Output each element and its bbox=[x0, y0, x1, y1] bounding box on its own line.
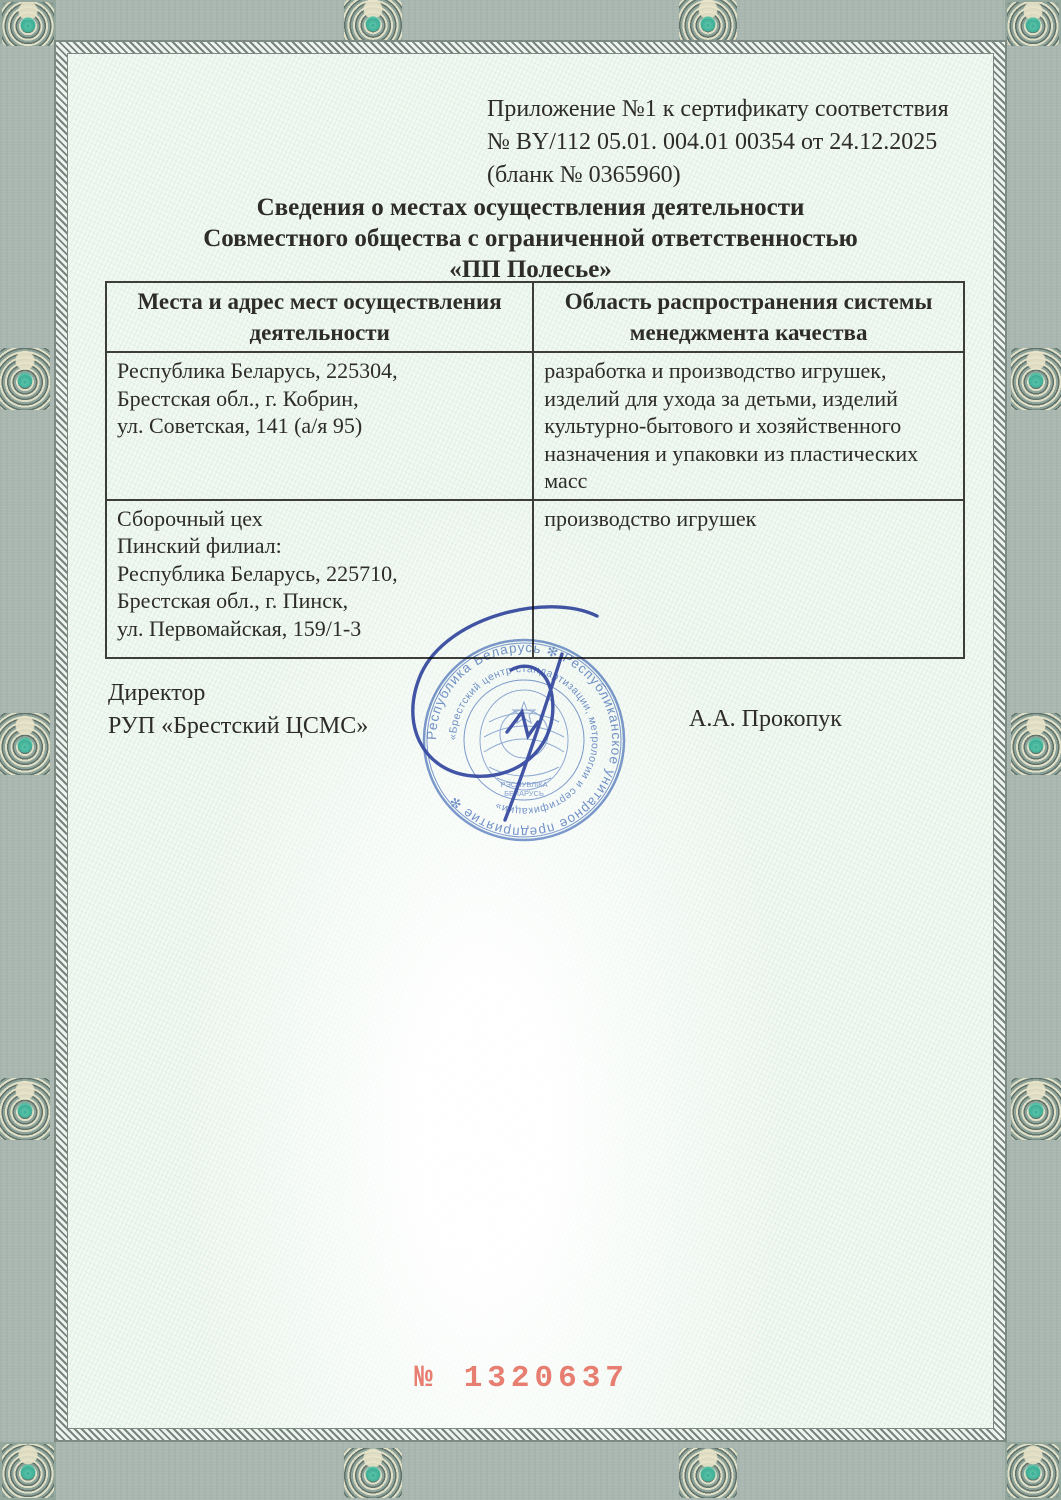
guilloche-rosette-icon bbox=[679, 1448, 737, 1498]
document-sheet: Приложение №1 к сертификату соответствия… bbox=[56, 42, 1005, 1440]
guilloche-rosette-icon bbox=[2, 1444, 54, 1498]
guilloche-rosette-icon bbox=[1011, 713, 1061, 775]
serial-prefix: № bbox=[414, 1361, 438, 1396]
document-title: Сведения о местах осуществления деятельн… bbox=[67, 192, 994, 285]
form-serial-number: №1320637 bbox=[67, 1361, 994, 1396]
serial-digits: 1320637 bbox=[464, 1361, 629, 1396]
signatory-name: А.А. Прокопук bbox=[689, 706, 842, 733]
guilloche-rosette-icon bbox=[1011, 348, 1061, 410]
signatory-role-line: Директор bbox=[108, 677, 368, 710]
guilloche-rosette-icon bbox=[1011, 1078, 1061, 1140]
guilloche-rosette-icon bbox=[0, 348, 50, 410]
guilloche-rosette-icon bbox=[1007, 1444, 1059, 1498]
guilloche-rosette-icon bbox=[0, 1078, 50, 1140]
guilloche-rosette-icon bbox=[344, 1448, 402, 1498]
document-header: Приложение №1 к сертификату соответствия… bbox=[487, 93, 949, 192]
official-stamp: Республика Беларусь ✻ Республиканское ун… bbox=[389, 602, 659, 872]
guilloche-rosette-icon bbox=[0, 713, 50, 775]
guilloche-rosette-icon bbox=[679, 0, 737, 46]
column-header-places: Места и адрес мест осуществления деятель… bbox=[106, 282, 533, 352]
stamp-emblem-text: РЭСПУБЛІКА bbox=[500, 780, 547, 789]
scope-cell: разработка и производство игрушек, издел… bbox=[533, 352, 964, 500]
signatory-role-line: РУП «Брестский ЦСМС» bbox=[108, 710, 368, 743]
title-line: Совместного общества с ограниченной отве… bbox=[67, 223, 994, 254]
signatory-role: Директор РУП «Брестский ЦСМС» bbox=[108, 677, 368, 743]
column-header-scope: Область распространения системы менеджме… bbox=[533, 282, 964, 352]
header-certificate-number: № BY/112 05.01. 004.01 00354 от 24.12.20… bbox=[487, 126, 949, 159]
certificate-page: Приложение №1 к сертификату соответствия… bbox=[0, 0, 1061, 1500]
title-line: Сведения о местах осуществления деятельн… bbox=[67, 192, 994, 223]
guilloche-rosette-icon bbox=[344, 0, 402, 46]
stamp-emblem-text: БЕЛАРУСЬ bbox=[504, 789, 544, 798]
place-cell: Республика Беларусь, 225304, Брестская о… bbox=[106, 352, 533, 500]
header-appendix-line: Приложение №1 к сертификату соответствия bbox=[487, 93, 949, 126]
header-blank-number: (бланк № 0365960) bbox=[487, 159, 949, 192]
guilloche-rosette-icon bbox=[2, 2, 54, 46]
table-row: Республика Беларусь, 225304, Брестская о… bbox=[106, 352, 964, 500]
table-header-row: Места и адрес мест осуществления деятель… bbox=[106, 282, 964, 352]
guilloche-rosette-icon bbox=[1007, 2, 1059, 46]
